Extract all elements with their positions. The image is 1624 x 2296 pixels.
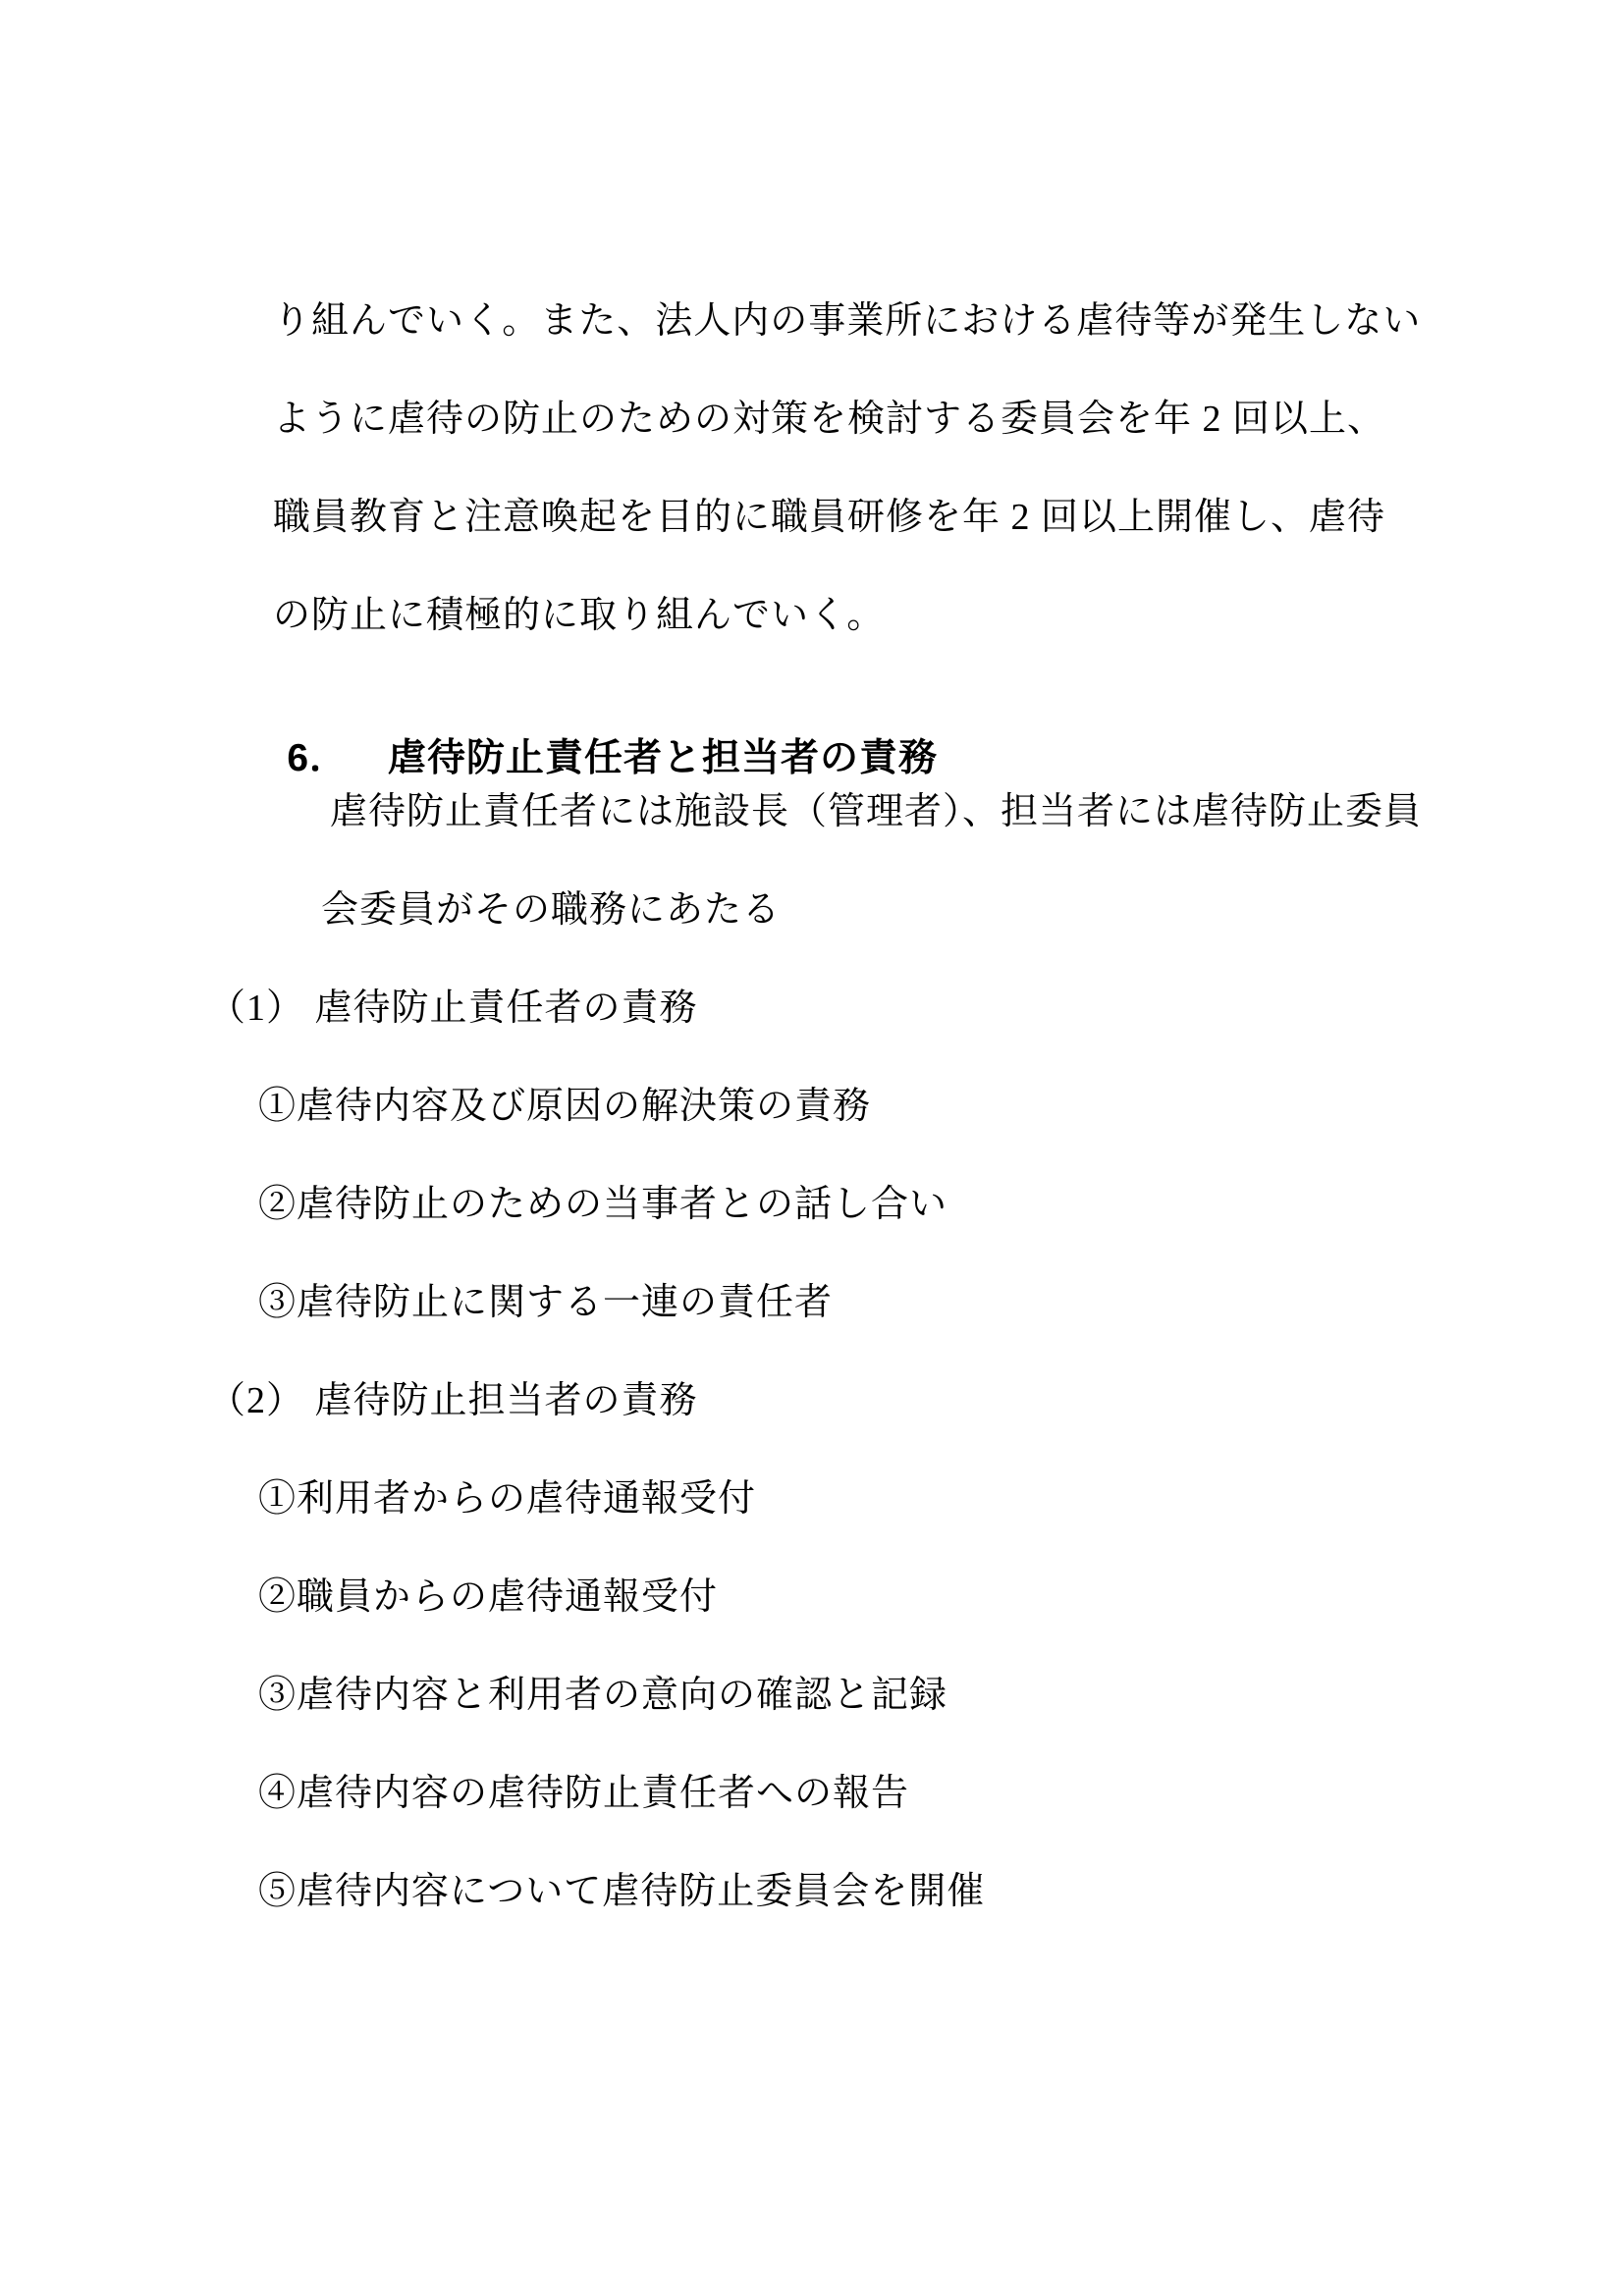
section-intro-line-1: 虐待防止責任者には施設長（管理者）、担当者には虐待防止委員	[330, 788, 1422, 835]
subsection-2-label: （2） 虐待防止担当者の責務	[208, 1377, 698, 1424]
subsection-1-item-2: ②虐待防止のための当事者との話し合い	[258, 1181, 947, 1228]
section-intro-line-2: 会委員がその職務にあたる	[321, 886, 781, 934]
section-number: 6．	[287, 737, 349, 779]
subsection-1-label: （1） 虐待防止責任者の責務	[208, 985, 698, 1032]
intro-paragraph-line-1: り組んでいく。また、法人内の事業所における虐待等が発生しない	[273, 297, 1421, 345]
subsection-2-item-1: ①利用者からの虐待通報受付	[258, 1475, 756, 1522]
intro-paragraph-line-4: の防止に積極的に取り組んでいく。	[273, 592, 885, 639]
subsection-1-item-1: ①虐待内容及び原因の解決策の責務	[258, 1083, 871, 1130]
intro-paragraph-line-2: ように虐待の防止のための対策を検討する委員会を年 2 回以上、	[273, 396, 1385, 443]
intro-paragraph-line-3: 職員教育と注意喚起を目的に職員研修を年 2 回以上開催し、虐待	[273, 494, 1385, 541]
subsection-2-item-3: ③虐待内容と利用者の意向の確認と記録	[258, 1672, 947, 1719]
subsection-2-item-2: ②職員からの虐待通報受付	[258, 1574, 718, 1621]
subsection-2-item-5: ⑤虐待内容について虐待防止委員会を開催	[258, 1868, 985, 1915]
section-title: 虐待防止責任者と担当者の責務	[388, 737, 938, 779]
subsection-1-item-3: ③虐待防止に関する一連の責任者	[258, 1279, 833, 1326]
document-page: り組んでいく。また、法人内の事業所における虐待等が発生しない ように虐待の防止の…	[0, 0, 1624, 2296]
subsection-2-item-4: ④虐待内容の虐待防止責任者への報告	[258, 1770, 909, 1817]
